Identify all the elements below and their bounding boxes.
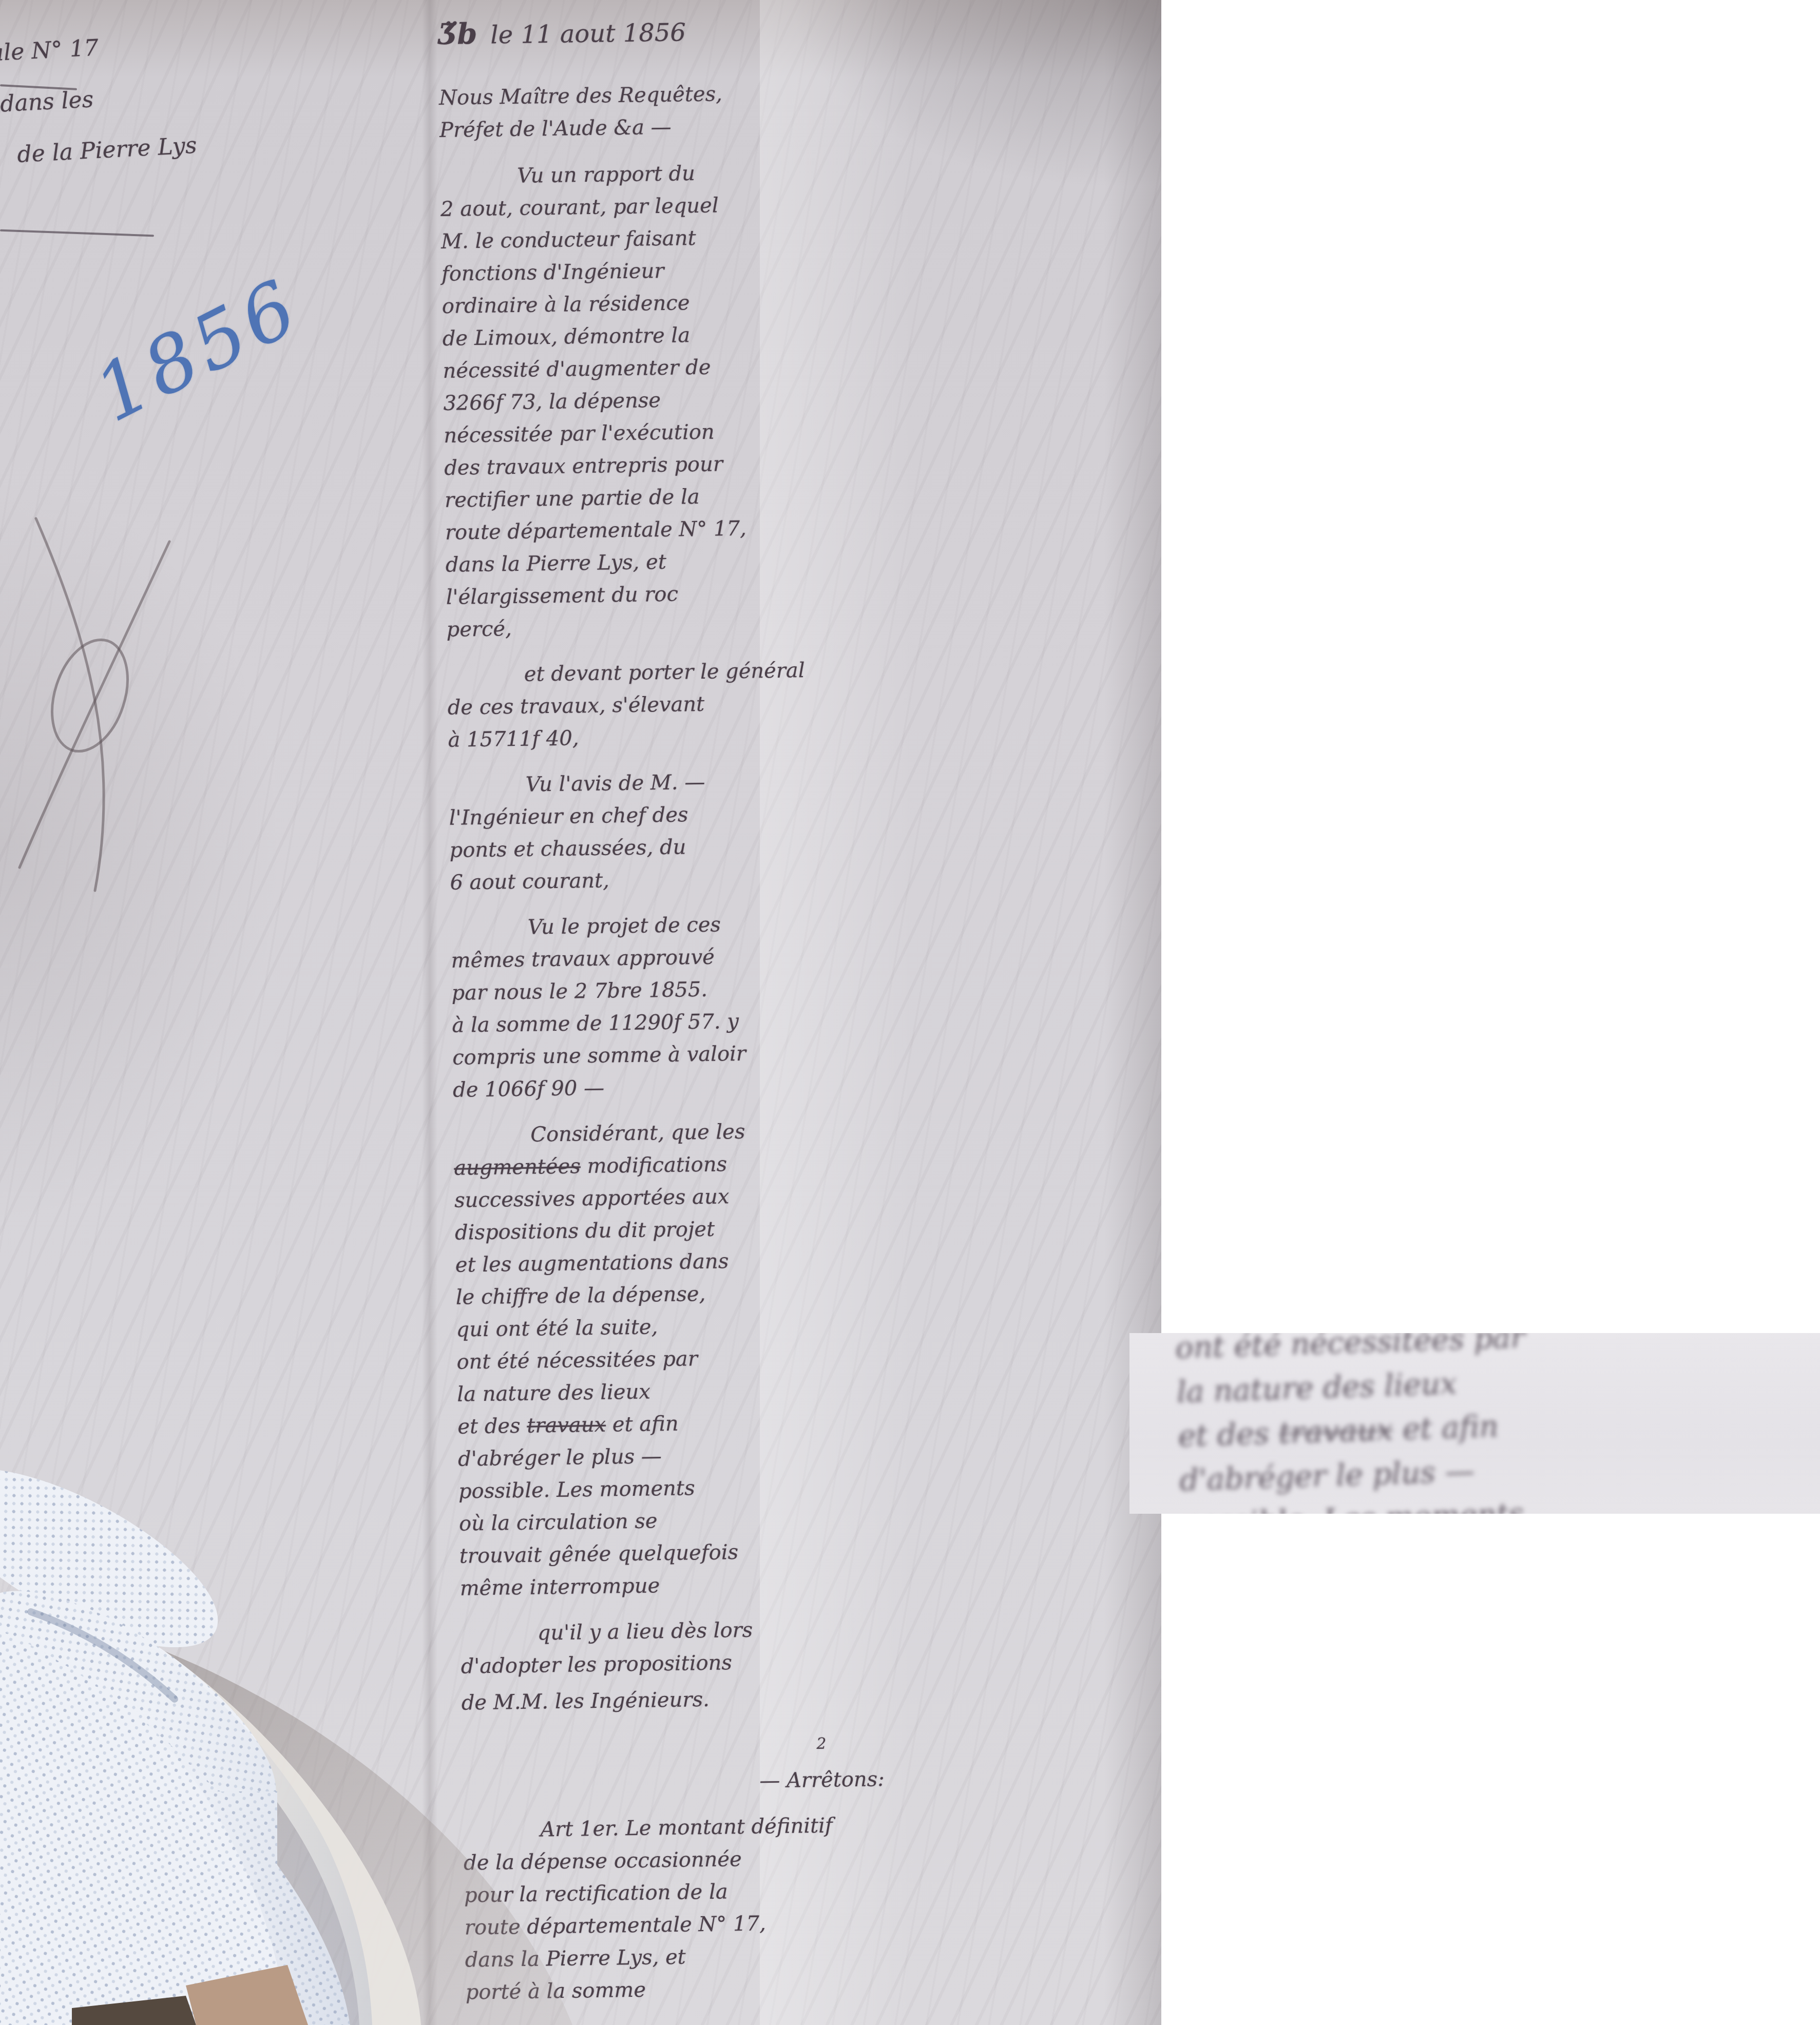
- page: ale N° 17 dans les de la Pierre Lys 1856…: [0, 0, 1820, 2025]
- magnified-detail-inset: ont été nécessitées parla nature des lie…: [1129, 1333, 1820, 1514]
- inset-lines: ont été nécessitées parla nature des lie…: [1175, 1333, 1820, 1514]
- glove-and-shadows: [0, 0, 1161, 2025]
- manuscript-photo: ale N° 17 dans les de la Pierre Lys 1856…: [0, 0, 1161, 2025]
